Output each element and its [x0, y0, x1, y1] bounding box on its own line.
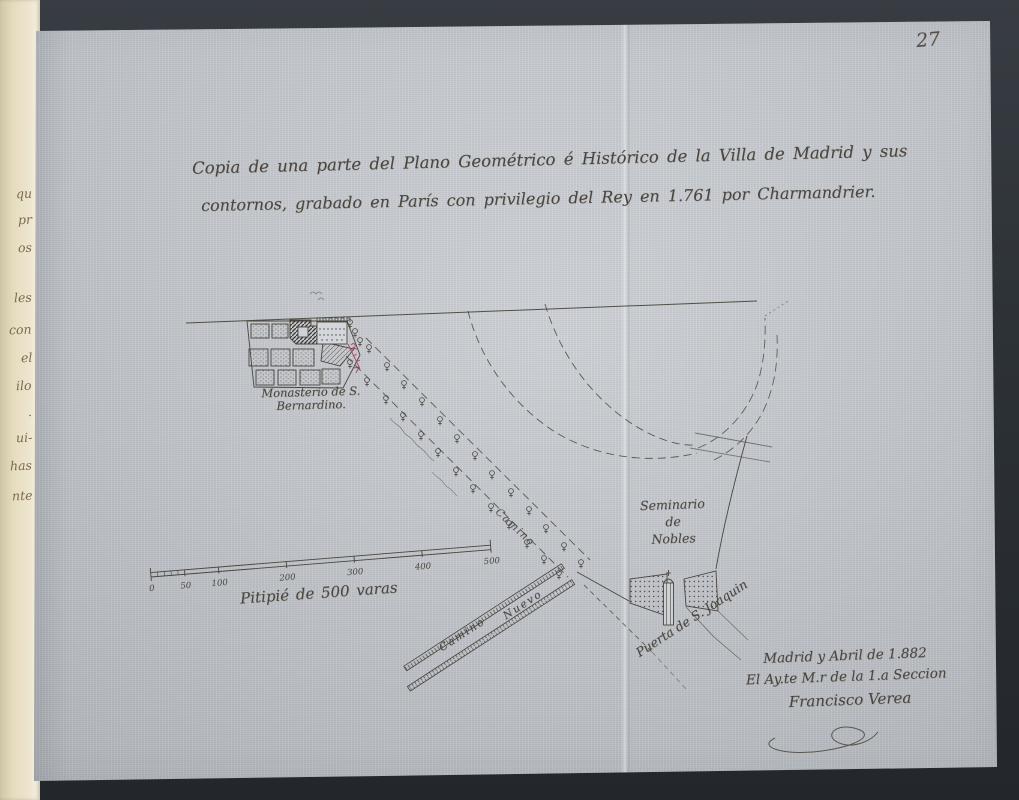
margin-text-fragment: pr — [18, 212, 32, 227]
label-monasterio: Monasterio de S. Bernardino. — [252, 384, 371, 413]
scale-bar-caption: Pitipié de 500 varas — [240, 579, 399, 608]
label-seminario-line3: Nobles — [626, 528, 721, 548]
margin-text-fragment: les — [14, 290, 32, 306]
label-camino-avenue: Camino — [493, 506, 538, 549]
north-boundary-line — [186, 301, 757, 323]
margin-text-fragment: qu — [16, 186, 33, 202]
illegible-road-writing — [432, 472, 457, 496]
label-camino-nuevo-word1: Camino — [437, 615, 488, 654]
scale-tick-label: 500 — [483, 556, 501, 567]
cross-icon — [666, 570, 670, 576]
camino-nuevo-road — [397, 564, 575, 691]
tree-icon — [353, 329, 358, 338]
bird-marks — [310, 292, 324, 300]
tree-avenue — [346, 338, 590, 580]
monastery-drawing — [247, 292, 362, 388]
fold-crease — [621, 0, 631, 800]
signature-name: Francisco Verea — [788, 687, 947, 711]
scale-tick-label: 50 — [180, 581, 192, 592]
map-sheet: 0 50 100 200 300 400 500 Copia de una pa… — [0, 0, 1019, 800]
label-seminario: Seminario de Nobles — [625, 494, 721, 548]
page-number: 27 — [915, 28, 941, 52]
tree-icon — [358, 338, 363, 347]
scanned-book-page: qu pr os les con el ilo . ui- has nte — [0, 0, 1019, 800]
scale-tick-label: 0 — [149, 584, 156, 594]
signature-date: Madrid y Abril de 1.882 — [763, 644, 946, 666]
margin-text-fragment: ui- — [15, 430, 32, 446]
label-puerta: Puerta de S. Joaquin — [633, 577, 750, 660]
map-title-line1: Copia de una parte del Plano Geométrico … — [192, 141, 908, 177]
illegible-road-writing — [390, 418, 434, 461]
signature-rubric — [769, 727, 878, 753]
scale-tick-label: 400 — [414, 561, 433, 572]
scale-tick-label: 100 — [211, 578, 229, 589]
margin-text-fragment: has — [10, 458, 32, 474]
scale-tick-label: 300 — [347, 567, 365, 578]
red-survey-marks — [348, 344, 360, 374]
margin-text-fragment: os — [18, 240, 32, 255]
margin-text-fragment: ilo — [16, 378, 32, 394]
previous-page-edge: qu pr os les con el ilo . ui- has nte — [0, 0, 40, 800]
map-title-line2: contornos, grabado en París con privileg… — [201, 182, 876, 215]
margin-text-fragment: . — [28, 404, 33, 419]
margin-text-fragment: nte — [11, 488, 32, 504]
signature-block: Madrid y Abril de 1.882 El Ay.te M.r de … — [741, 644, 948, 712]
label-camino-nuevo-word2: Nuevo — [501, 588, 545, 622]
signature-role: El Ay.te M.r de la 1.a Seccion — [746, 665, 947, 688]
avenue-trees — [348, 345, 584, 580]
margin-text-fragment: con — [9, 322, 32, 338]
margin-text-fragment: el — [20, 350, 32, 365]
scale-tick-label: 200 — [278, 572, 297, 583]
tree-icon — [348, 320, 353, 329]
